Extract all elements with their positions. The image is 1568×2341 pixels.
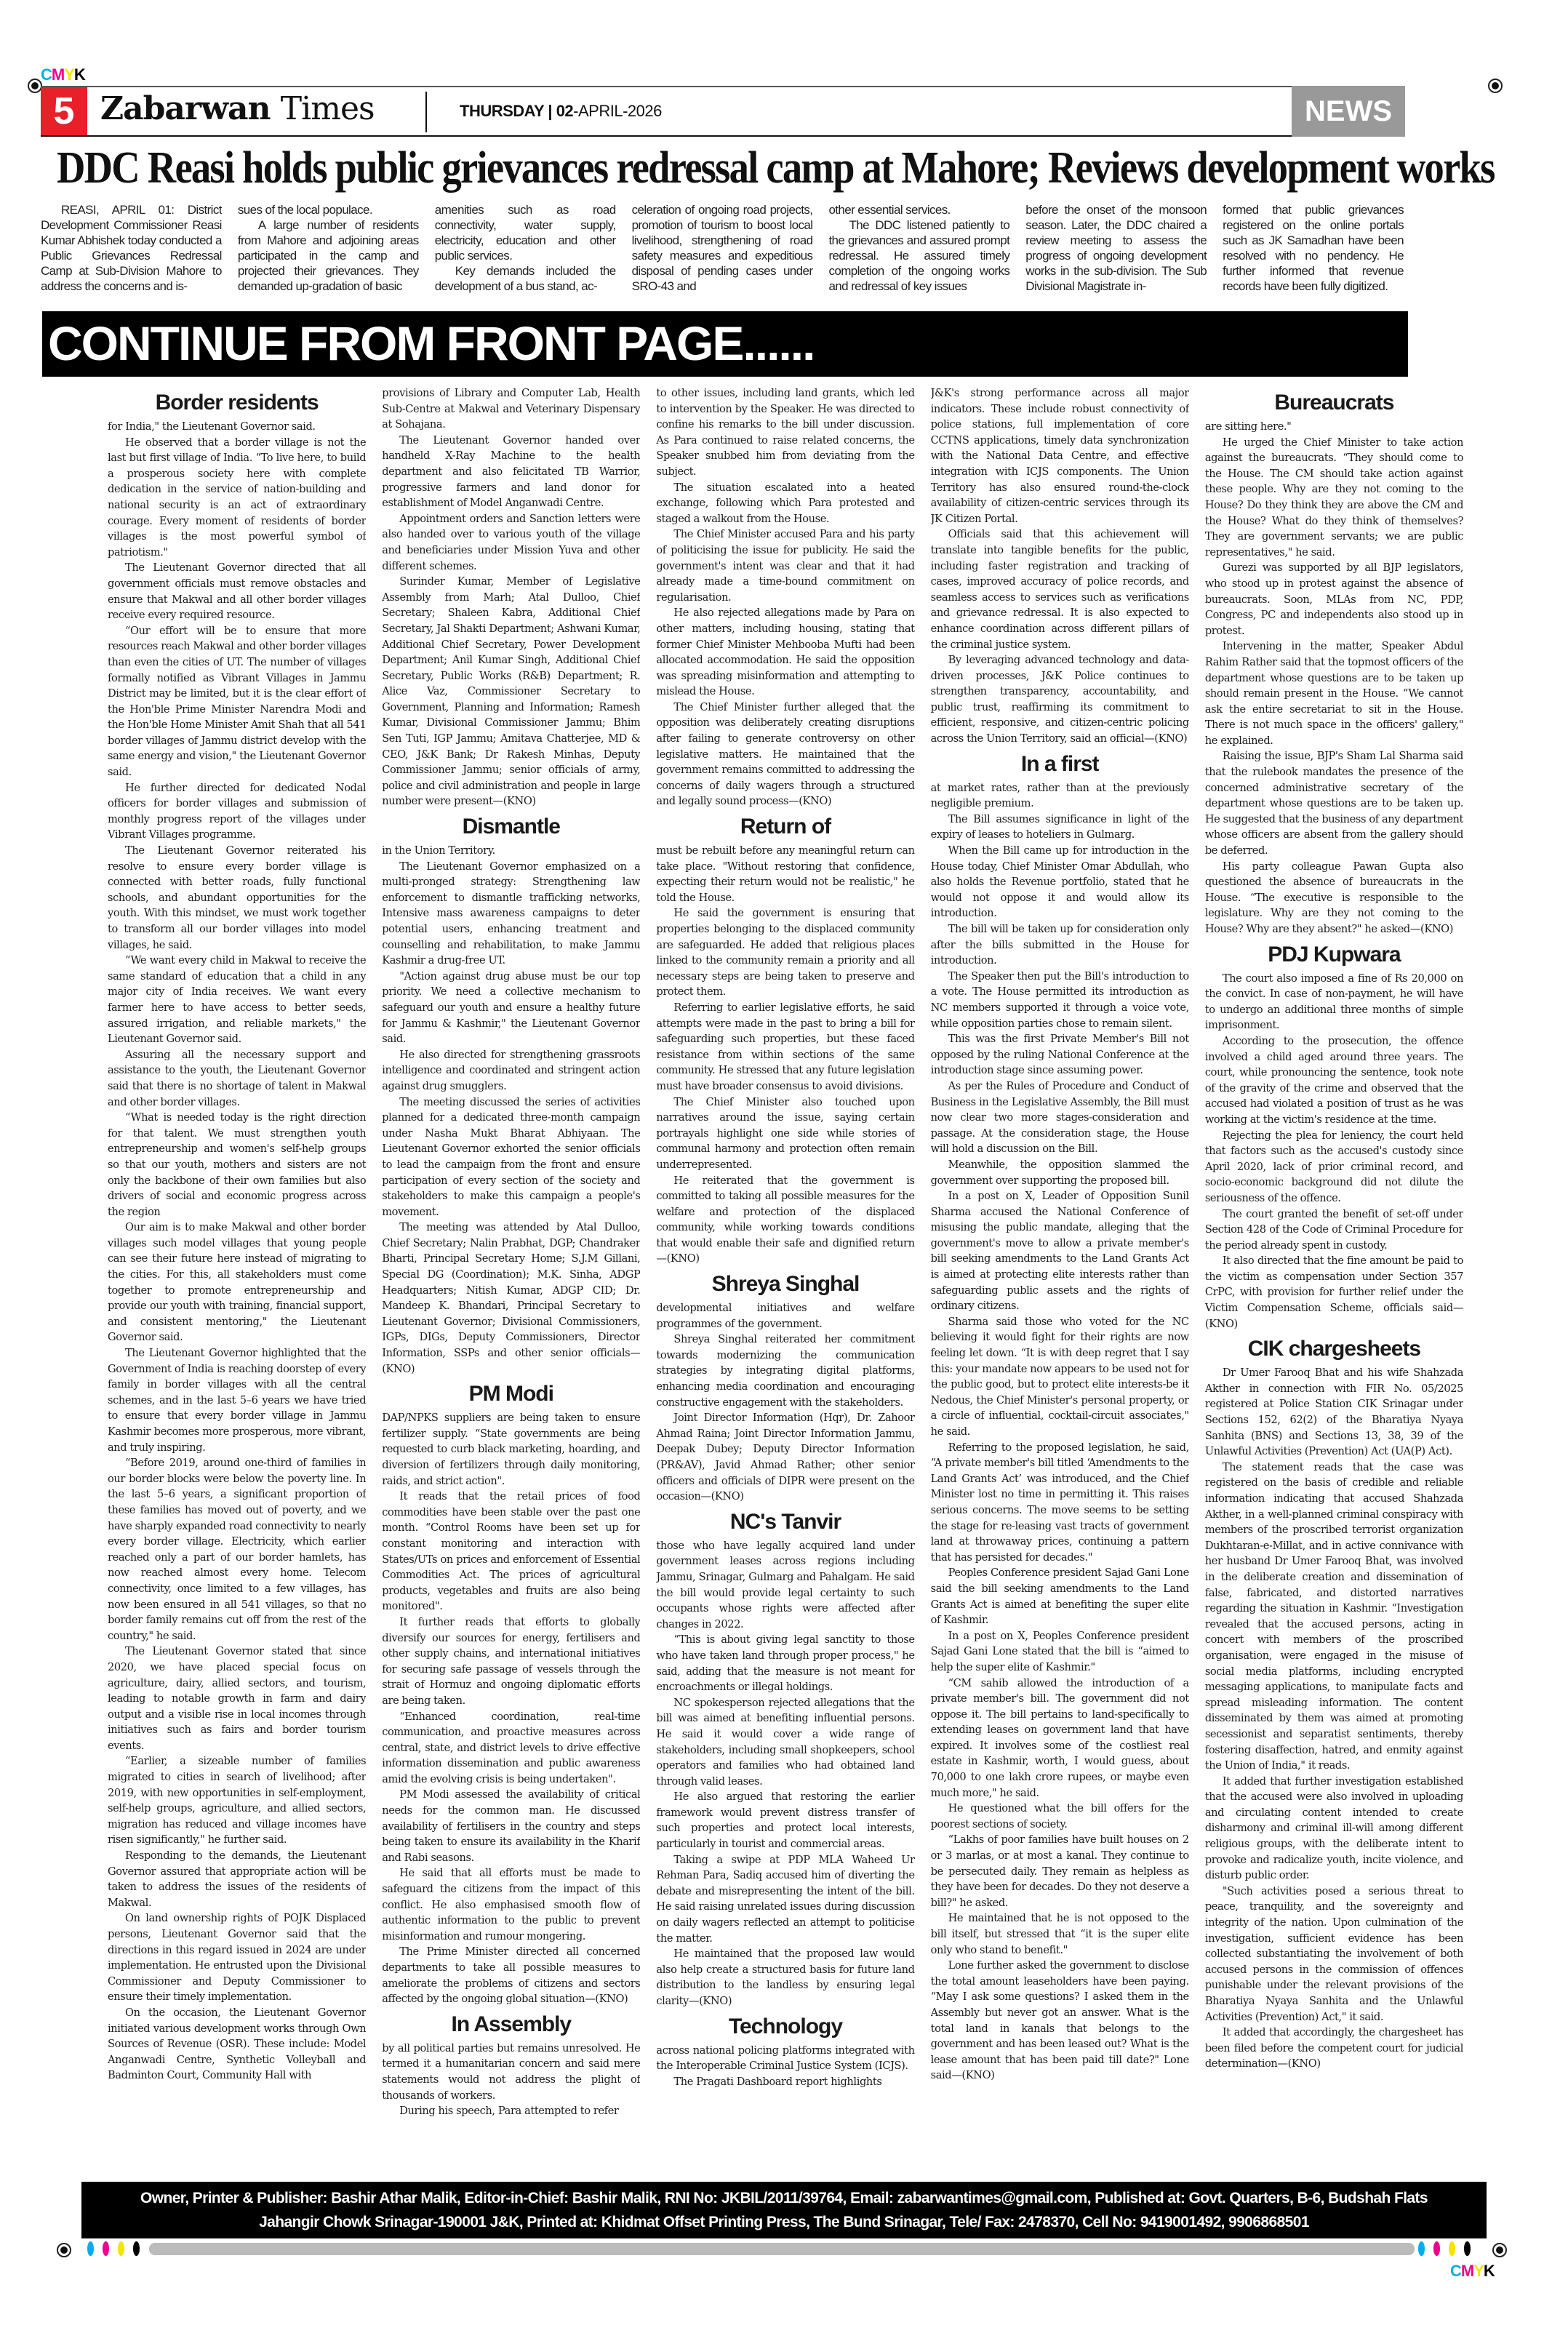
story-paragraph: He reiterated that the government is com… (656, 1173, 914, 1268)
black-swatch (133, 2241, 140, 2256)
story-subhead: Bureaucrats (1205, 390, 1463, 416)
story-paragraph: He observed that a border village is not… (108, 435, 366, 561)
story-paragraph: Referring to earlier legislative efforts… (656, 1000, 914, 1095)
story-paragraph: The Lieutenant Governor stated that sinc… (108, 1644, 366, 1753)
story-paragraph: He also directed for strengthening grass… (382, 1047, 640, 1095)
story-paragraph: Surinder Kumar, Member of Legislative As… (382, 574, 640, 809)
story-paragraph: The Lieutenant Governor highlighted that… (108, 1345, 366, 1455)
story-paragraph: “What is needed today is the right direc… (108, 1110, 366, 1220)
story-paragraph: The situation escalated into a heated ex… (656, 480, 914, 527)
story-paragraph: Peoples Conference president Sajad Gani … (931, 1565, 1189, 1628)
story-paragraph: “Our effort will be to ensure that more … (108, 623, 366, 780)
story-paragraph: The Lieutenant Governor reiterated his r… (108, 843, 366, 953)
story-paragraph: “Before 2019, around one-third of famili… (108, 1455, 366, 1644)
story-column: Bureaucratsare sitting here."He urged th… (1205, 385, 1463, 2167)
cmyk-mark-bottom: CMYK (1450, 2262, 1495, 2281)
story-paragraph: for India," the Lieutenant Governor said… (108, 419, 366, 435)
story-paragraph: The Lieutenant Governor directed that al… (108, 560, 366, 623)
yellow-swatch (118, 2241, 124, 2256)
story-paragraph: The Speaker then put the Bill's introduc… (931, 969, 1189, 1031)
registration-mark-icon (1492, 2243, 1507, 2257)
story-paragraph: He said that all efforts must be made to… (382, 1865, 640, 1944)
masthead: 5 Zabarwan Times THURSDAY | 02-APRIL-202… (41, 86, 1404, 137)
story-paragraph: “We want every child in Makwal to receiv… (108, 953, 366, 1047)
story-subhead: In a first (931, 751, 1189, 777)
page-number: 5 (41, 87, 87, 135)
story-subhead: CIK chargesheets (1205, 1336, 1463, 1362)
cyan-swatch (87, 2241, 94, 2256)
story-paragraph: The Prime Minister directed all concerne… (382, 1944, 640, 2006)
story-paragraph: Our aim is to make Makwal and other bord… (108, 1220, 366, 1345)
story-paragraph: He further directed for dedicated Nodal … (108, 780, 366, 843)
story-paragraph: developmental initiatives and welfare pr… (656, 1300, 914, 1332)
story-paragraph: The Chief Minister also touched upon nar… (656, 1095, 914, 1173)
masthead-divider (425, 92, 427, 132)
magenta-swatch (1433, 2241, 1440, 2256)
lead-column: amenities such as road connectivity, wat… (435, 202, 616, 295)
story-paragraph: DAP/NPKS suppliers are being taken to en… (382, 1410, 640, 1489)
story-paragraph: J&K's strong performance across all majo… (931, 385, 1189, 527)
story-paragraph: This was the first Private Member's Bill… (931, 1031, 1189, 1079)
story-paragraph: are sitting here." (1205, 419, 1463, 435)
story-paragraph: By leveraging advanced technology and da… (931, 652, 1189, 747)
story-paragraph: It also directed that the fine amount be… (1205, 1253, 1463, 1332)
story-paragraph: The Pragati Dashboard report highlights (656, 2074, 914, 2090)
section-tag: NEWS (1292, 86, 1405, 137)
story-paragraph: Shreya Singhal reiterated her commitment… (656, 1332, 914, 1410)
lead-column: sues of the local populace.A large numbe… (238, 202, 419, 295)
story-paragraph: He also argued that restoring the earlie… (656, 1789, 914, 1852)
lead-column: formed that public grievances registered… (1223, 202, 1404, 295)
story-paragraph: Dr Umer Farooq Bhat and his wife Shahzad… (1205, 1365, 1463, 1460)
continued-stories: Border residentsfor India," the Lieutena… (108, 385, 1463, 2167)
imprint-line: Owner, Printer & Publisher: Bashir Athar… (81, 2186, 1487, 2210)
story-paragraph: It further reads that efforts to globall… (382, 1614, 640, 1709)
story-paragraph: He maintained that he is not opposed to … (931, 1910, 1189, 1958)
story-column: provisions of Library and Computer Lab, … (382, 385, 640, 2167)
story-column: Border residentsfor India," the Lieutena… (108, 385, 366, 2167)
story-paragraph: The Chief Minister accused Para and his … (656, 527, 914, 605)
dateline: THURSDAY | 02-APRIL-2026 (460, 102, 662, 121)
story-paragraph: “Enhanced coordination, real-time commun… (382, 1709, 640, 1788)
cmyk-mark-top: CMYK (41, 65, 85, 84)
magenta-swatch (103, 2241, 109, 2256)
story-paragraph: Officials said that this achievement wil… (931, 527, 1189, 652)
story-paragraph: NC spokesperson rejected allegations tha… (656, 1695, 914, 1790)
story-paragraph: In a post on X, Leader of Opposition Sun… (931, 1188, 1189, 1314)
story-paragraph: “Lakhs of poor families have built house… (931, 1832, 1189, 1910)
imprint-line: Jahangir Chowk Srinagar-190001 J&K, Prin… (81, 2210, 1487, 2234)
story-paragraph: those who have legally acquired land und… (656, 1538, 914, 1633)
story-paragraph: As per the Rules of Procedure and Conduc… (931, 1079, 1189, 1157)
story-paragraph: The meeting discussed the series of acti… (382, 1095, 640, 1220)
story-paragraph: across national policing platforms integ… (656, 2043, 914, 2074)
story-paragraph: “Earlier, a sizeable number of families … (108, 1753, 366, 1848)
story-paragraph: He maintained that the proposed law woul… (656, 1946, 914, 2009)
yellow-swatch (1449, 2241, 1455, 2256)
lead-column: before the onset of the monsoon season. … (1025, 202, 1207, 295)
story-paragraph: “This is about giving legal sanctity to … (656, 1632, 914, 1694)
story-paragraph: The statement reads that the case was re… (1205, 1460, 1463, 1774)
continue-banner: CONTINUE FROM FRONT PAGE...... (42, 311, 1408, 377)
story-paragraph: in the Union Territory. (382, 843, 640, 859)
story-subhead: PM Modi (382, 1381, 640, 1407)
story-paragraph: "Such activities posed a serious threat … (1205, 1884, 1463, 2025)
story-subhead: Dismantle (382, 814, 640, 840)
registration-mark-icon (57, 2243, 71, 2257)
story-paragraph: Taking a swipe at PDP MLA Waheed Ur Rehm… (656, 1852, 914, 1947)
story-paragraph: The Lieutenant Governor handed over hand… (382, 433, 640, 511)
lead-story-body: REASI, APRIL 01: District Development Co… (41, 202, 1404, 295)
story-paragraph: He urged the Chief Minister to take acti… (1205, 435, 1463, 561)
lead-headline: DDC Reasi holds public grievances redres… (57, 143, 1273, 194)
grey-color-bar (149, 2243, 1415, 2255)
story-paragraph: Rejecting the plea for leniency, the cou… (1205, 1128, 1463, 1206)
story-paragraph: He said the government is ensuring that … (656, 905, 914, 1000)
story-paragraph: Gurezi was supported by all BJP legislat… (1205, 560, 1463, 639)
story-paragraph: According to the prosecution, the offenc… (1205, 1033, 1463, 1128)
story-subhead: Technology (656, 2014, 914, 2040)
story-paragraph: When the Bill came up for introduction i… (931, 843, 1189, 921)
story-paragraph: Sharma said those who voted for the NC b… (931, 1314, 1189, 1440)
story-paragraph: provisions of Library and Computer Lab, … (382, 385, 640, 433)
story-paragraph: Lone further asked the government to dis… (931, 1958, 1189, 2084)
story-column: J&K's strong performance across all majo… (931, 385, 1189, 2167)
story-paragraph: It added that accordingly, the chargeshe… (1205, 2025, 1463, 2072)
story-paragraph: “CM sahib allowed the introduction of a … (931, 1676, 1189, 1801)
story-subhead: NC's Tanvir (656, 1509, 914, 1535)
story-paragraph: On land ownership rights of POJK Displac… (108, 1910, 366, 2005)
story-paragraph: The Chief Minister further alleged that … (656, 700, 914, 809)
story-paragraph: by all political parties but remains unr… (382, 2041, 640, 2103)
story-paragraph: He questioned what the bill offers for t… (931, 1801, 1189, 1832)
story-subhead: PDJ Kupwara (1205, 942, 1463, 968)
lead-column: REASI, APRIL 01: District Development Co… (41, 202, 222, 295)
story-paragraph: "Action against drug abuse must be our t… (382, 969, 640, 1047)
story-paragraph: Intervening in the matter, Speaker Abdul… (1205, 639, 1463, 748)
story-paragraph: must be rebuilt before any meaningful re… (656, 843, 914, 905)
story-paragraph: The meeting was attended by Atal Dulloo,… (382, 1220, 640, 1377)
story-paragraph: The Bill assumes significance in light o… (931, 812, 1189, 843)
imprint-footer: Owner, Printer & Publisher: Bashir Athar… (81, 2182, 1487, 2238)
story-column: to other issues, including land grants, … (656, 385, 914, 2167)
story-paragraph: It added that further investigation esta… (1205, 1774, 1463, 1884)
story-paragraph: During his speech, Para attempted to ref… (382, 2103, 640, 2119)
story-subhead: Return of (656, 814, 914, 840)
story-paragraph: Raising the issue, BJP's Sham Lal Sharma… (1205, 748, 1463, 858)
story-paragraph: PM Modi assessed the availability of cri… (382, 1787, 640, 1865)
story-paragraph: Assuring all the necessary support and a… (108, 1047, 366, 1110)
banner-text: CONTINUE FROM FRONT PAGE...... (48, 316, 814, 371)
story-subhead: Shreya Singhal (656, 1271, 914, 1297)
registration-mark-icon (1488, 79, 1503, 93)
story-paragraph: Joint Director Information (Hqr), Dr. Za… (656, 1410, 914, 1505)
story-subhead: In Assembly (382, 2012, 640, 2038)
story-paragraph: It reads that the retail prices of food … (382, 1489, 640, 1614)
story-paragraph: at market rates, rather than at the prev… (931, 780, 1189, 812)
black-swatch (1464, 2241, 1471, 2256)
story-paragraph: The court granted the benefit of set-off… (1205, 1206, 1463, 1254)
story-paragraph: His party colleague Pawan Gupta also que… (1205, 859, 1463, 937)
story-paragraph: Appointment orders and Sanction letters … (382, 511, 640, 574)
story-paragraph: He also rejected allegations made by Par… (656, 605, 914, 700)
paper-name: Zabarwan Times (100, 90, 375, 127)
story-paragraph: The Lieutenant Governor emphasized on a … (382, 859, 640, 969)
story-paragraph: The court also imposed a fine of Rs 20,0… (1205, 971, 1463, 1033)
lead-column: celeration of ongoing road projects, pro… (632, 202, 813, 295)
story-paragraph: On the occasion, the Lieutenant Governor… (108, 2005, 366, 2084)
story-paragraph: to other issues, including land grants, … (656, 385, 914, 480)
story-subhead: Border residents (108, 390, 366, 416)
lead-column: other essential services.The DDC listene… (828, 202, 1009, 295)
registration-mark-icon (28, 79, 42, 93)
story-paragraph: Meanwhile, the opposition slammed the go… (931, 1157, 1189, 1188)
cyan-swatch (1418, 2241, 1425, 2256)
story-paragraph: Referring to the proposed legislation, h… (931, 1440, 1189, 1566)
story-paragraph: In a post on X, Peoples Conference presi… (931, 1628, 1189, 1676)
story-paragraph: The bill will be taken up for considerat… (931, 921, 1189, 969)
story-paragraph: Responding to the demands, the Lieutenan… (108, 1848, 366, 1910)
